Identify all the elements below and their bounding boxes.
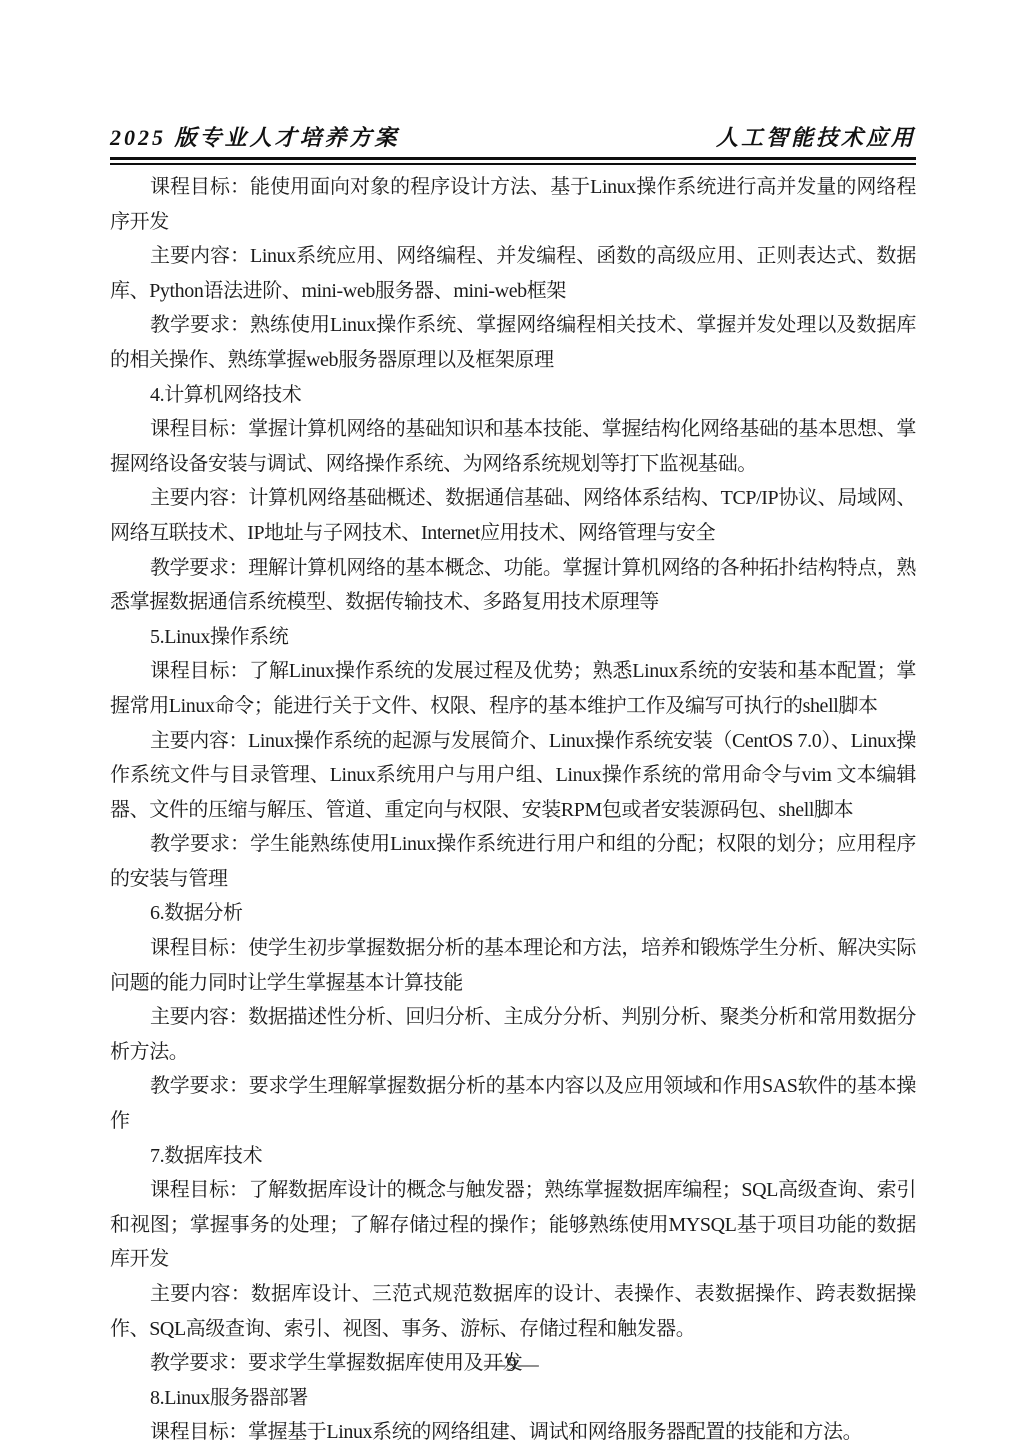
heading-section-8: 8.Linux服务器部署 — [110, 1381, 916, 1416]
para-6-course-goal: 课程目标：使学生初步掌握数据分析的基本理论和方法，培养和锻炼学生分析、解决实际问… — [110, 931, 916, 1000]
para-4-teaching-req: 教学要求：理解计算机网络的基本概念、功能。掌握计算机网络的各种拓扑结构特点，熟悉… — [110, 551, 916, 620]
header-right-title: 人工智能技术应用 — [716, 121, 916, 152]
para-5-course-goal: 课程目标：了解Linux操作系统的发展过程及优势；熟悉Linux系统的安装和基本… — [110, 654, 916, 723]
page-number: —9— — [484, 1352, 540, 1376]
para-1-teaching-req: 教学要求：熟练使用Linux操作系统、掌握网络编程相关技术、掌握并发处理以及数据… — [110, 308, 916, 377]
para-7-main-content: 主要内容：数据库设计、三范式规范数据库的设计、表操作、表数据操作、跨表数据操作、… — [110, 1277, 916, 1346]
para-6-main-content: 主要内容：数据描述性分析、回归分析、主成分分析、判别分析、聚类分析和常用数据分析… — [110, 1000, 916, 1069]
page-header: 2025 版专业人才培养方案 人工智能技术应用 — [110, 121, 916, 165]
heading-section-5: 5.Linux操作系统 — [110, 620, 916, 655]
header-divider-rule — [110, 157, 916, 165]
para-5-teaching-req: 教学要求：学生能熟练使用Linux操作系统进行用户和组的分配；权限的划分；应用程… — [110, 827, 916, 896]
header-left-title: 2025 版专业人才培养方案 — [110, 121, 400, 152]
para-1-main-content: 主要内容：Linux系统应用、网络编程、并发编程、函数的高级应用、正则表达式、数… — [110, 239, 916, 308]
para-5-main-content: 主要内容：Linux操作系统的起源与发展简介、Linux操作系统安装（CentO… — [110, 724, 916, 828]
para-4-course-goal: 课程目标：掌握计算机网络的基础知识和基本技能、掌握结构化网络基础的基本思想、掌握… — [110, 412, 916, 481]
para-8-course-goal: 课程目标：掌握基于Linux系统的网络组建、调试和网络服务器配置的技能和方法。 — [110, 1415, 916, 1448]
para-6-teaching-req: 教学要求：要求学生理解掌握数据分析的基本内容以及应用领域和作用SAS软件的基本操… — [110, 1069, 916, 1138]
para-4-main-content: 主要内容：计算机网络基础概述、数据通信基础、网络体系结构、TCP/IP协议、局域… — [110, 481, 916, 550]
para-7-course-goal: 课程目标：了解数据库设计的概念与触发器；熟练掌握数据库编程；SQL高级查询、索引… — [110, 1173, 916, 1277]
para-1-course-goal: 课程目标：能使用面向对象的程序设计方法、基于Linux操作系统进行高并发量的网络… — [110, 170, 916, 239]
heading-section-7: 7.数据库技术 — [110, 1139, 916, 1174]
page-footer: —9— — [0, 1352, 1024, 1377]
document-body: 课程目标：能使用面向对象的程序设计方法、基于Linux操作系统进行高并发量的网络… — [110, 170, 916, 1448]
heading-section-4: 4.计算机网络技术 — [110, 378, 916, 413]
heading-section-6: 6.数据分析 — [110, 896, 916, 931]
